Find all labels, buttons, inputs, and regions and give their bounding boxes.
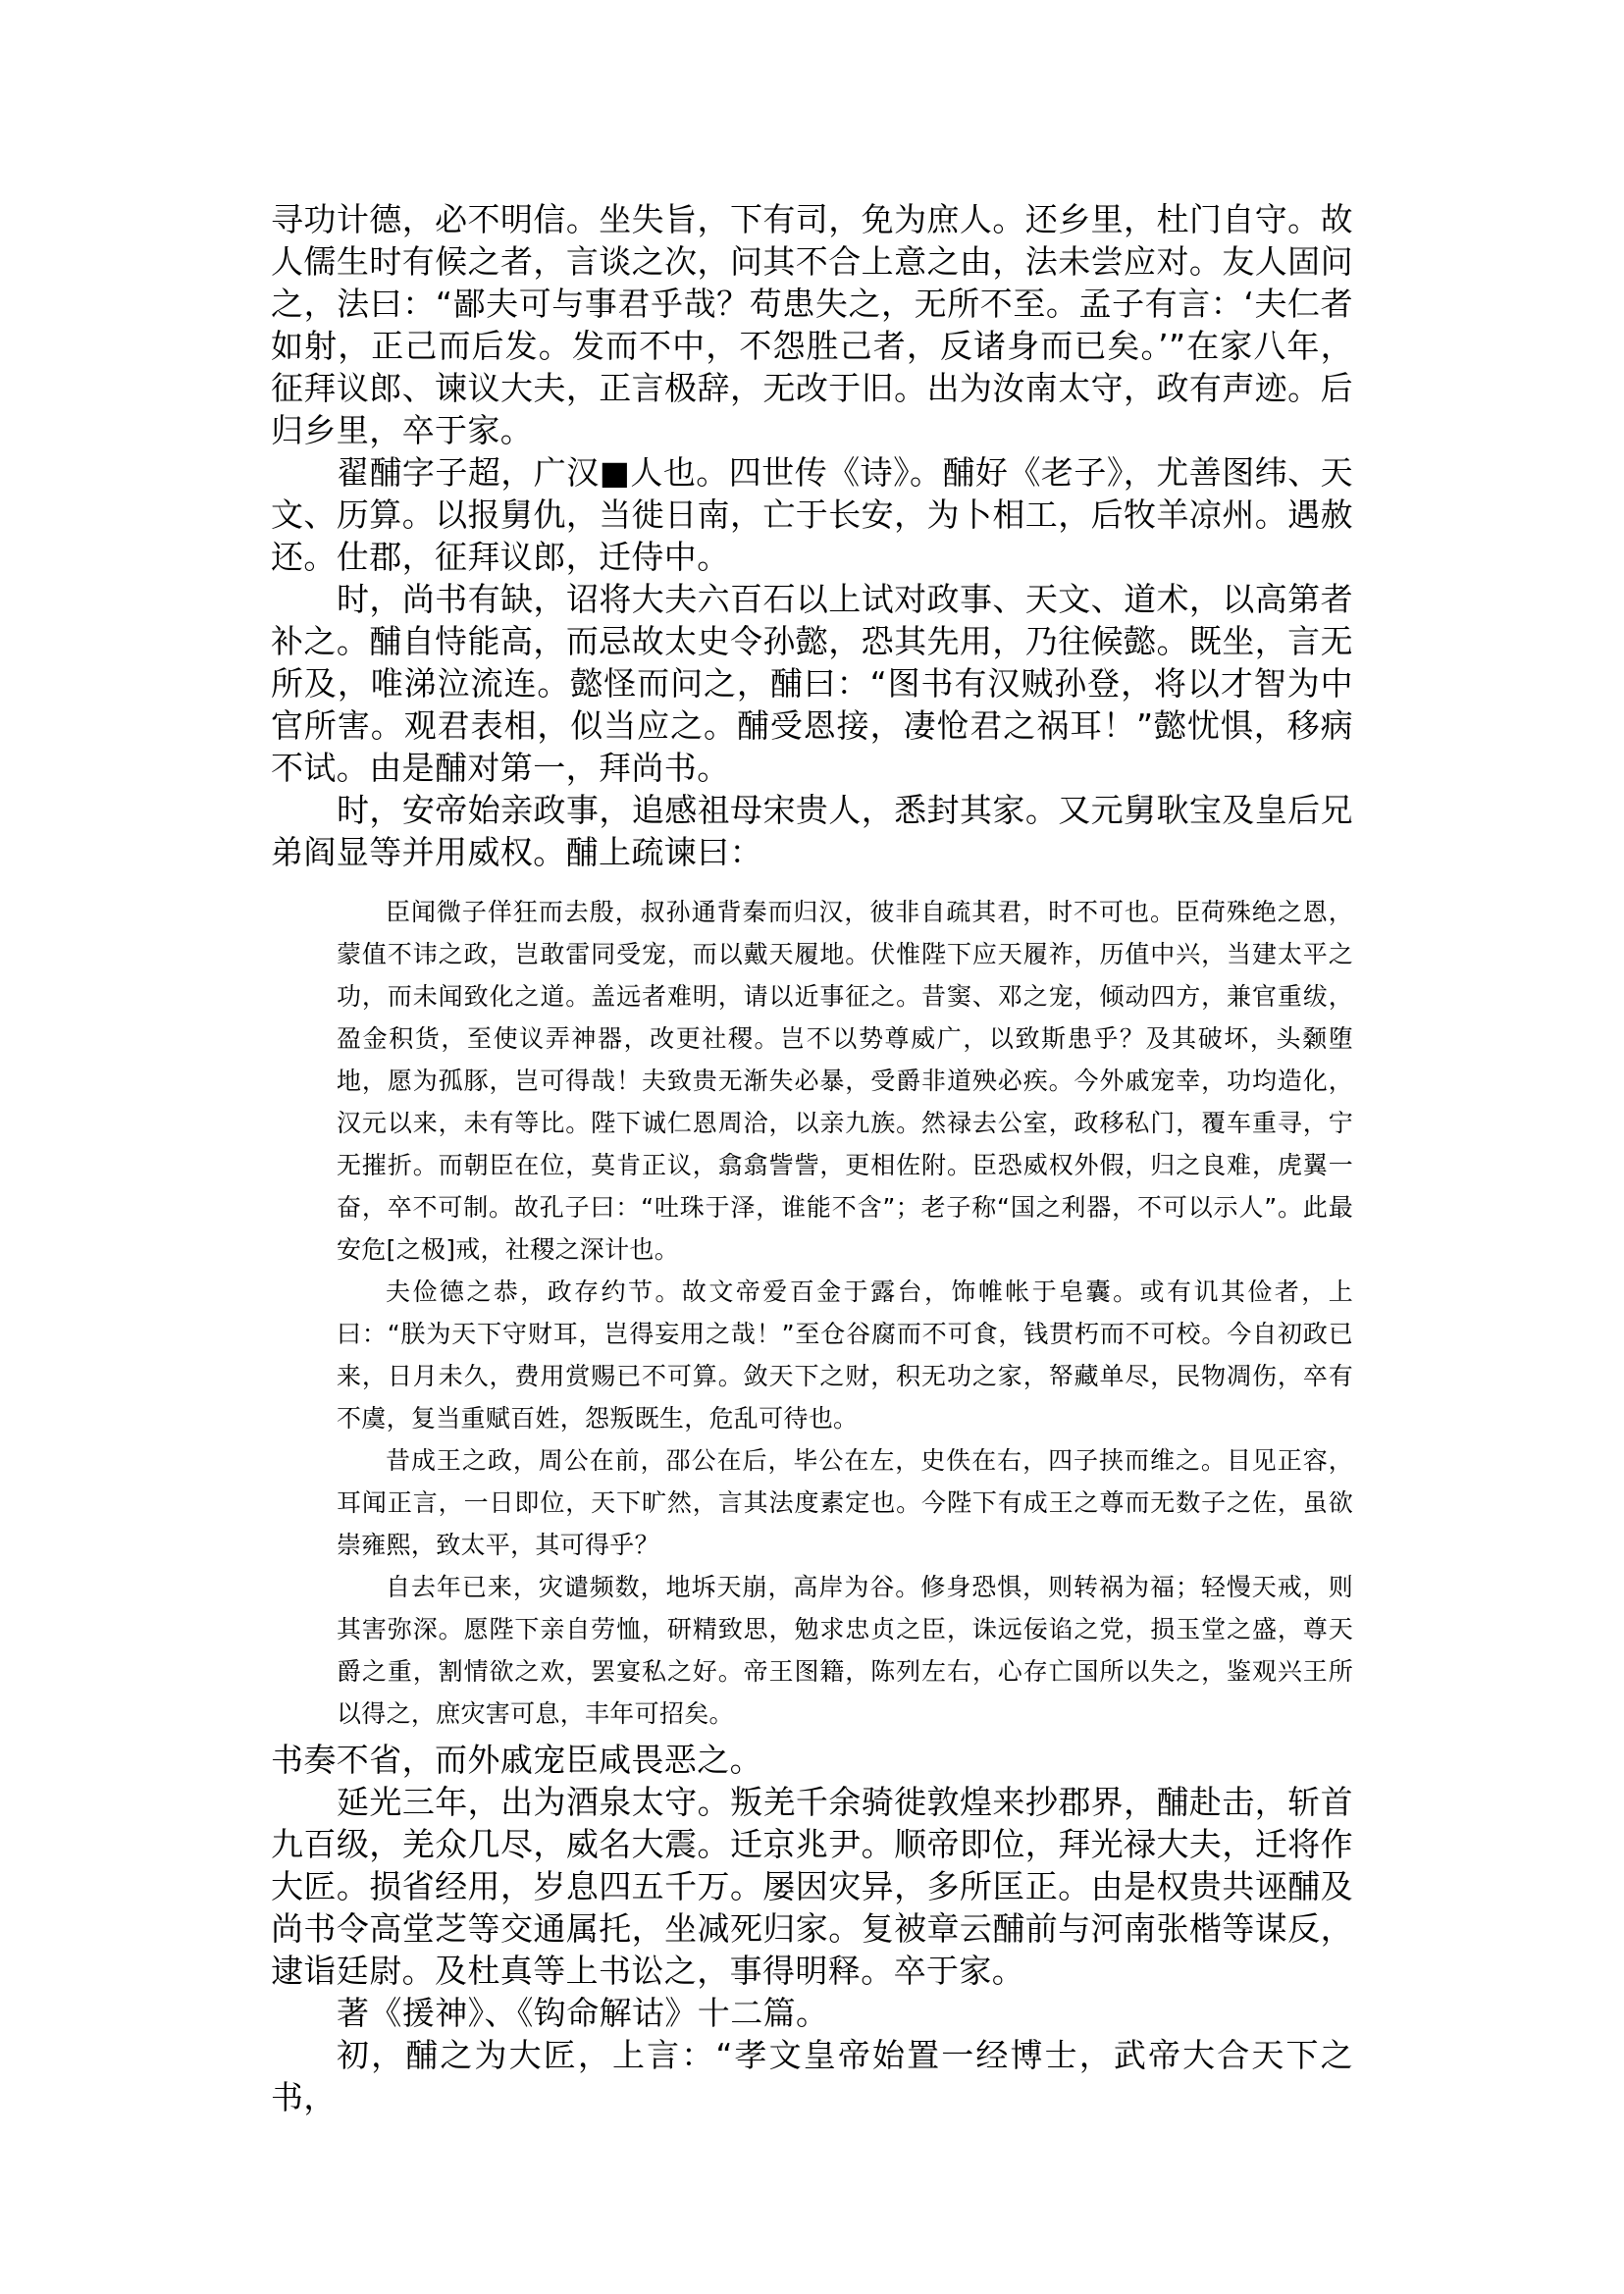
body-paragraph: 书奏不省，而外戚宠臣咸畏恶之。 [271, 1739, 1353, 1781]
quote-paragraph: 夫俭德之恭，政存约节。故文帝爱百金于露台，饰帷帐于皂囊。或有讥其俭者，上曰：“朕… [337, 1271, 1353, 1439]
quote-paragraph: 臣闻微子佯狂而去殷，叔孙通背秦而归汉，彼非自疏其君，时不可也。臣荷殊绝之恩，蒙值… [337, 891, 1353, 1271]
quote-paragraph: 昔成王之政，周公在前，邵公在后，毕公在左，史佚在右，四子挟而维之。目见正容，耳闻… [337, 1439, 1353, 1566]
document-content: 寻功计德，必不明信。坐失旨，下有司，免为庶人。还乡里，杜门自守。故人儒生时有候之… [271, 198, 1353, 2118]
body-paragraph: 著《援神》、《钩命解诂》十二篇。 [271, 1992, 1353, 2034]
body-paragraph: 延光三年，出为酒泉太守。叛羌千余骑徙敦煌来抄郡界，酺赴击，斩首九百级，羌众几尽，… [271, 1781, 1353, 1992]
body-paragraph: 时，安帝始亲政事，追感祖母宋贵人，悉封其家。又元舅耿宝及皇后兄弟阎显等并用威权。… [271, 789, 1353, 873]
body-paragraph: 寻功计德，必不明信。坐失旨，下有司，免为庶人。还乡里，杜门自守。故人儒生时有候之… [271, 198, 1353, 451]
body-paragraph: 初，酺之为大匠，上言：“孝文皇帝始置一经博士，武帝大合天下之书， [271, 2034, 1353, 2118]
body-paragraph: 时，尚书有缺，诏将大夫六百石以上试对政事、天文、道术，以高第者补之。酺自恃能高，… [271, 578, 1353, 789]
body-paragraph: 翟酺字子超，广汉■人也。四世传《诗》。酺好《老子》，尤善图纬、天文、历算。以报舅… [271, 451, 1353, 578]
document-page: 寻功计德，必不明信。坐失旨，下有司，免为庶人。还乡里，杜门自守。故人儒生时有候之… [0, 0, 1624, 2294]
quote-paragraph: 自去年已来，灾谴频数，地坼天崩，高岸为谷。修身恐惧，则转祸为福；轻慢天戒，则其害… [337, 1566, 1353, 1735]
